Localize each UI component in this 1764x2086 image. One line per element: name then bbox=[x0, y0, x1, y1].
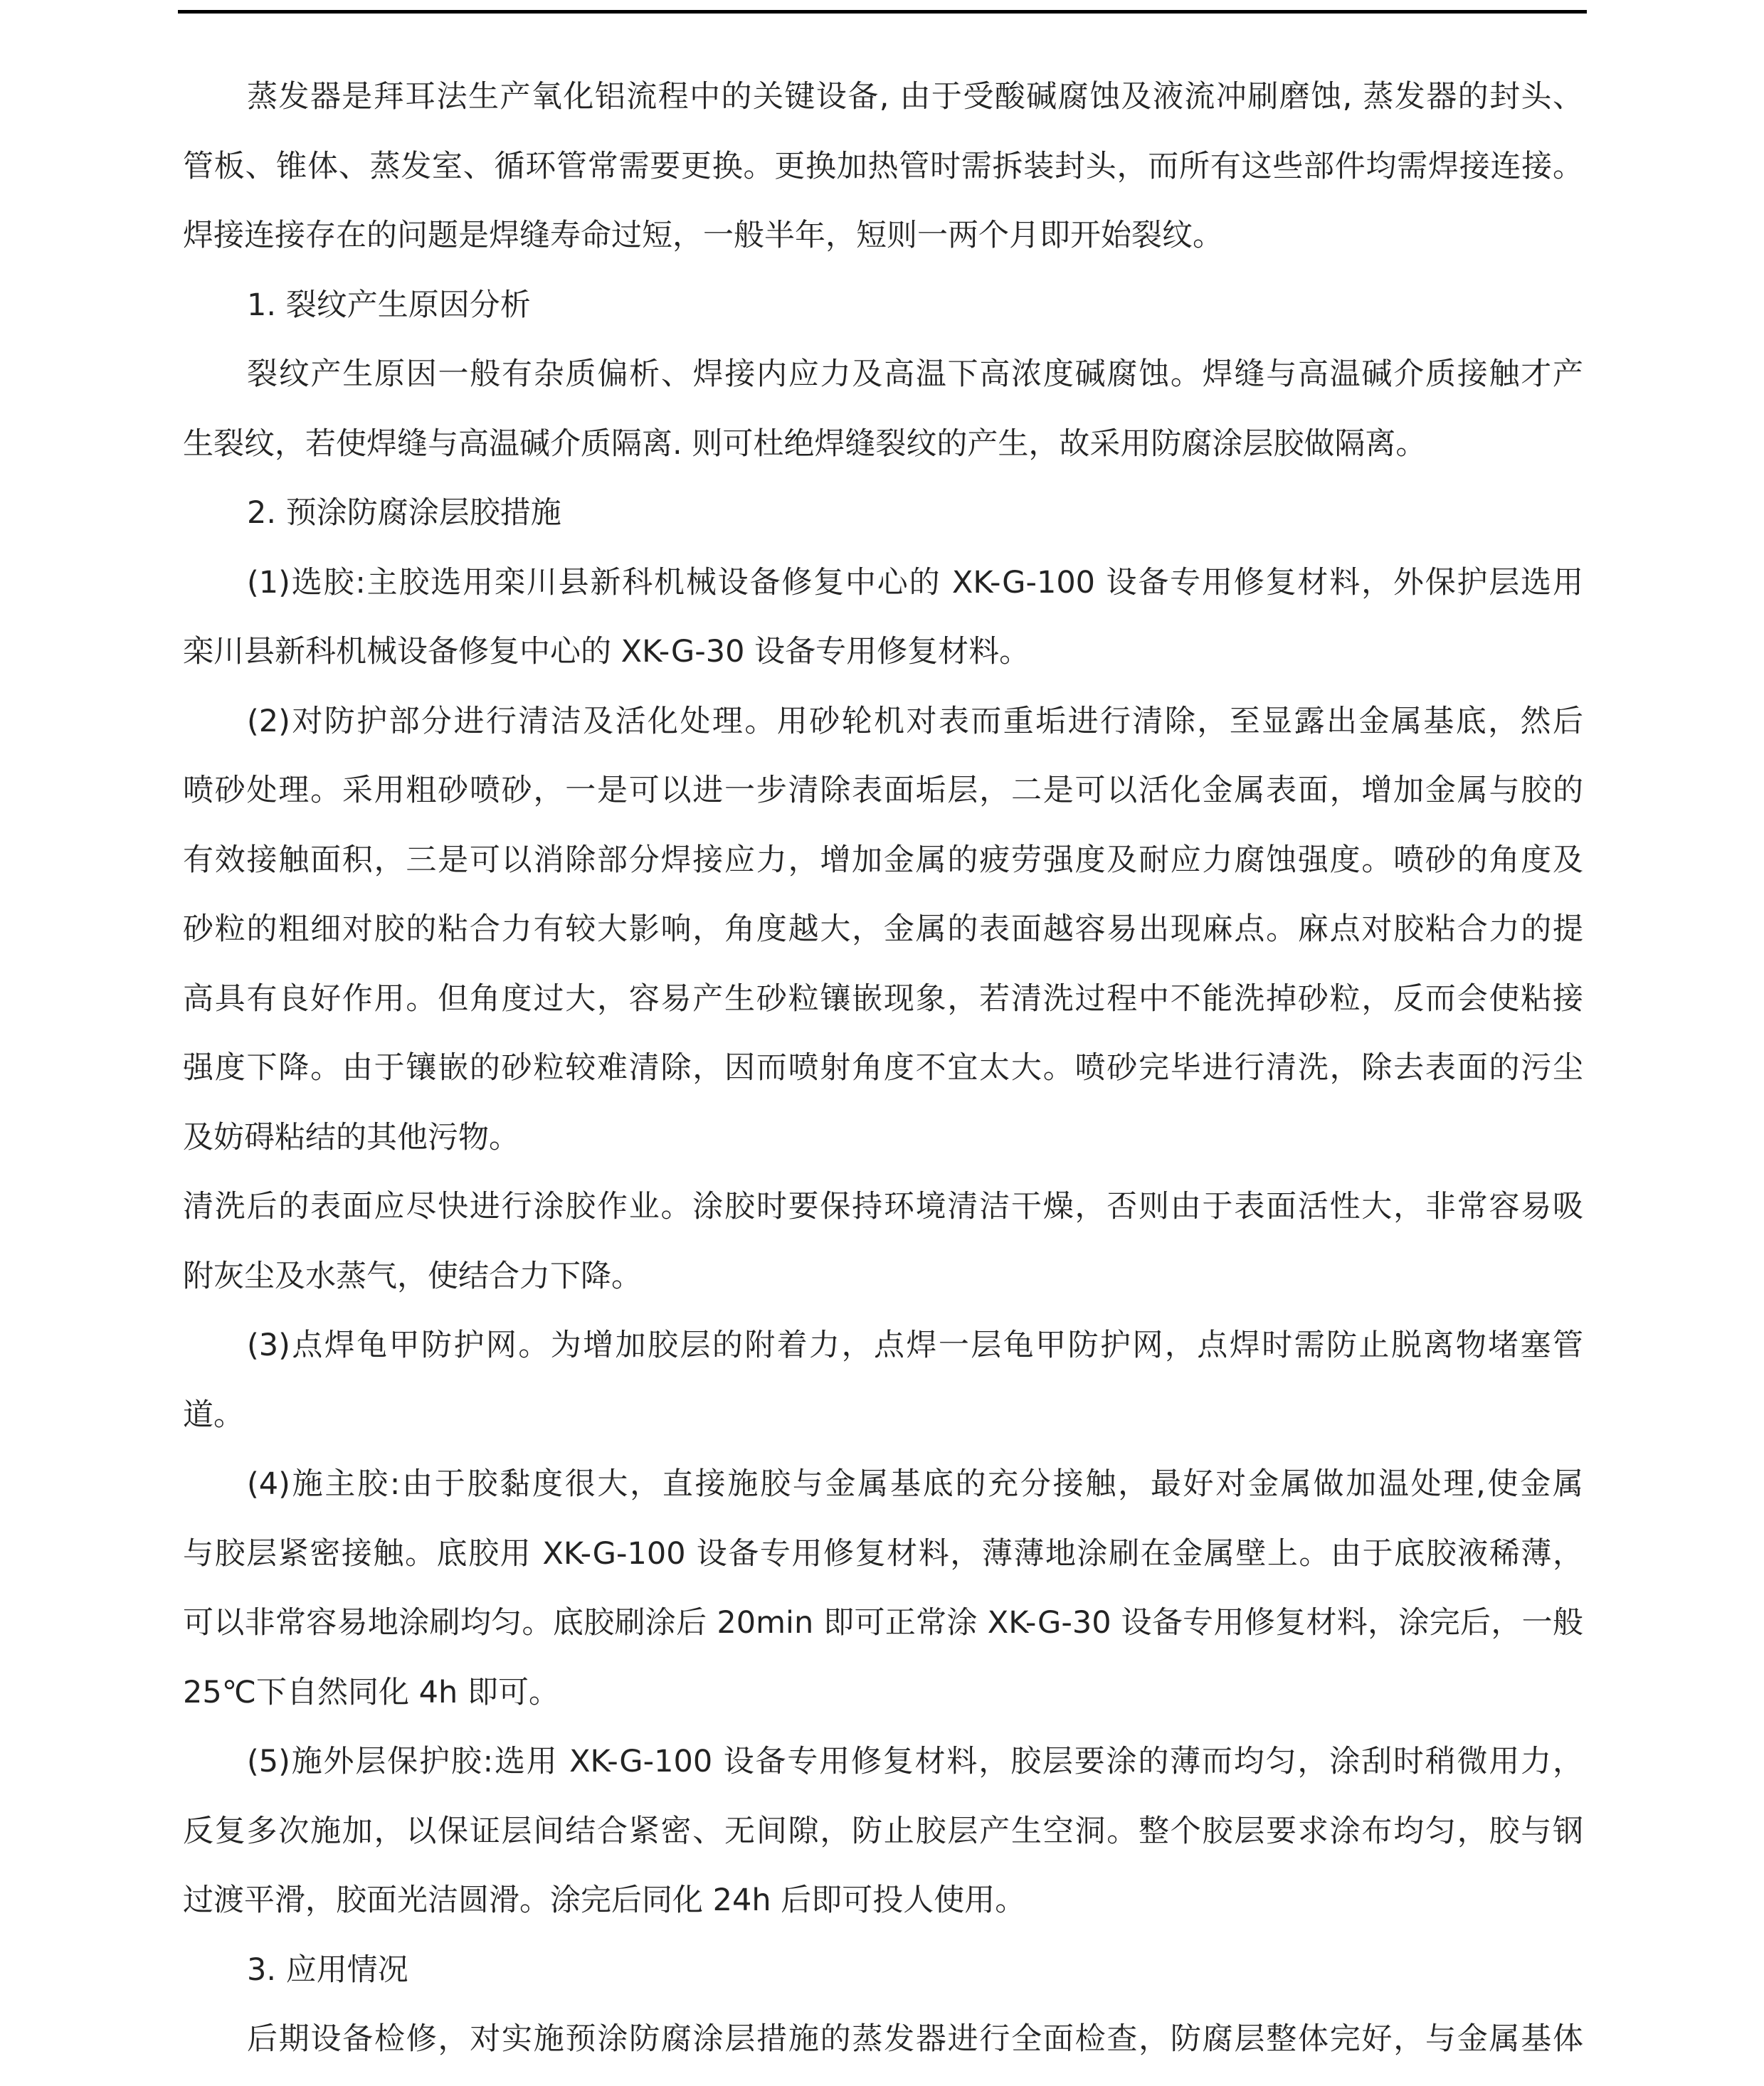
text-line: (3)点焊龟甲防护网。为增加胶层的附着力，点焊一层龟甲防护网，点焊时需防止脱离物… bbox=[183, 1311, 1583, 1381]
paragraph-application: 后期设备检修，对实施预涂防腐涂层措施的蒸发器进行全面检查，防腐层整体完好，与金属… bbox=[183, 2005, 1583, 2075]
text-line: 高具有良好作用。但角度过大，容易产生砂粒镶嵌现象，若清洗过程中不能洗掉砂粒，反而… bbox=[183, 965, 1583, 1034]
text-line: (4)施主胶:由于胶黏度很大，直接施胶与金属基底的充分接触，最好对金属做加温处理… bbox=[183, 1450, 1583, 1520]
section-heading-2: 2. 预涂防腐涂层胶措施 bbox=[183, 479, 1583, 549]
section-heading-1: 1. 裂纹产生原因分析 bbox=[183, 271, 1583, 341]
text-line: 与胶层紧密接触。底胶用 XK-G-100 设备专用修复材料，薄薄地涂刷在金属壁上… bbox=[183, 1520, 1583, 1589]
header-rule bbox=[178, 10, 1587, 14]
text-line: 裂纹产生原因一般有杂质偏析、焊接内应力及高温下高浓度碱腐蚀。焊缝与高温碱介质接触… bbox=[183, 340, 1583, 410]
text-line: 可以非常容易地涂刷均匀。底胶刷涂后 20min 即可正常涂 XK-G-30 设备… bbox=[183, 1589, 1583, 1658]
text-line: 砂粒的粗细对胶的粘合力有较大影响，角度越大，金属的表面越容易出现麻点。麻点对胶粘… bbox=[183, 895, 1583, 965]
text-line: 道。 bbox=[183, 1381, 1583, 1451]
text-line: 强度下降。由于镶嵌的砂粒较难清除，因而喷射角度不宜太大。喷砂完毕进行清洗，除去表… bbox=[183, 1034, 1583, 1103]
paragraph-after-cleaning: 清洗后的表面应尽快进行涂胶作业。涂胶时要保持环境清洁干燥，否则由于表面活性大，非… bbox=[183, 1172, 1583, 1311]
text-line: 喷砂处理。采用粗砂喷砂，一是可以进一步清除表面垢层，二是可以活化金属表面，增加金… bbox=[183, 756, 1583, 826]
text-line: 蒸发器是拜耳法生产氧化铝流程中的关键设备, 由于受酸碱腐蚀及液流冲刷磨蚀, 蒸发… bbox=[183, 63, 1583, 132]
article-body: 蒸发器是拜耳法生产氧化铝流程中的关键设备, 由于受酸碱腐蚀及液流冲刷磨蚀, 蒸发… bbox=[183, 63, 1583, 2075]
paragraph-step-4-main-glue: (4)施主胶:由于胶黏度很大，直接施胶与金属基底的充分接触，最好对金属做加温处理… bbox=[183, 1450, 1583, 1727]
section-heading-3: 3. 应用情况 bbox=[183, 1936, 1583, 2006]
text-line: 生裂纹，若使焊缝与高温碱介质隔离. 则可杜绝焊缝裂纹的产生，故采用防腐涂层胶做隔… bbox=[183, 410, 1583, 480]
paragraph-step-5-outer-glue: (5)施外层保护胶:选用 XK-G-100 设备专用修复材料，胶层要涂的薄而均匀… bbox=[183, 1727, 1583, 1936]
paragraph-crack-causes: 裂纹产生原因一般有杂质偏析、焊接内应力及高温下高浓度碱腐蚀。焊缝与高温碱介质接触… bbox=[183, 340, 1583, 479]
text-line: 反复多次施加，以保证层间结合紧密、无间隙，防止胶层产生空洞。整个胶层要求涂布均匀… bbox=[183, 1797, 1583, 1867]
text-line: (2)对防护部分进行清洁及活化处理。用砂轮机对表而重垢进行清除，至显露出金属基底… bbox=[183, 687, 1583, 757]
paragraph-step-3-mesh: (3)点焊龟甲防护网。为增加胶层的附着力，点焊一层龟甲防护网，点焊时需防止脱离物… bbox=[183, 1311, 1583, 1450]
text-line: 栾川县新科机械设备修复中心的 XK-G-30 设备专用修复材料。 bbox=[183, 618, 1583, 687]
text-line: 附灰尘及水蒸气，使结合力下降。 bbox=[183, 1242, 1583, 1312]
text-line: (1)选胶:主胶选用栾川县新科机械设备修复中心的 XK-G-100 设备专用修复… bbox=[183, 549, 1583, 618]
paragraph-step-1-glue-selection: (1)选胶:主胶选用栾川县新科机械设备修复中心的 XK-G-100 设备专用修复… bbox=[183, 549, 1583, 687]
text-line: 焊接连接存在的问题是焊缝寿命过短，一般半年，短则一两个月即开始裂纹。 bbox=[183, 201, 1583, 271]
text-line: 有效接触面积，三是可以消除部分焊接应力，增加金属的疲劳强度及耐应力腐蚀强度。喷砂… bbox=[183, 826, 1583, 896]
text-line: 过渡平滑，胶面光洁圆滑。涂完后同化 24h 后即可投人使用。 bbox=[183, 1866, 1583, 1936]
text-line: 后期设备检修，对实施预涂防腐涂层措施的蒸发器进行全面检查，防腐层整体完好，与金属… bbox=[183, 2005, 1583, 2075]
document-page: 蒸发器是拜耳法生产氧化铝流程中的关键设备, 由于受酸碱腐蚀及液流冲刷磨蚀, 蒸发… bbox=[0, 0, 1764, 2086]
text-line: 管板、锥体、蒸发室、循环管常需要更换。更换加热管时需拆装封头，而所有这些部件均需… bbox=[183, 132, 1583, 202]
text-line: 25℃下自然同化 4h 即可。 bbox=[183, 1658, 1583, 1728]
text-line: (5)施外层保护胶:选用 XK-G-100 设备专用修复材料，胶层要涂的薄而均匀… bbox=[183, 1727, 1583, 1797]
paragraph-step-2-cleaning: (2)对防护部分进行清洁及活化处理。用砂轮机对表而重垢进行清除，至显露出金属基底… bbox=[183, 687, 1583, 1173]
text-line: 清洗后的表面应尽快进行涂胶作业。涂胶时要保持环境清洁干燥，否则由于表面活性大，非… bbox=[183, 1172, 1583, 1242]
text-line: 及妨碍粘结的其他污物。 bbox=[183, 1103, 1583, 1173]
paragraph-intro: 蒸发器是拜耳法生产氧化铝流程中的关键设备, 由于受酸碱腐蚀及液流冲刷磨蚀, 蒸发… bbox=[183, 63, 1583, 271]
